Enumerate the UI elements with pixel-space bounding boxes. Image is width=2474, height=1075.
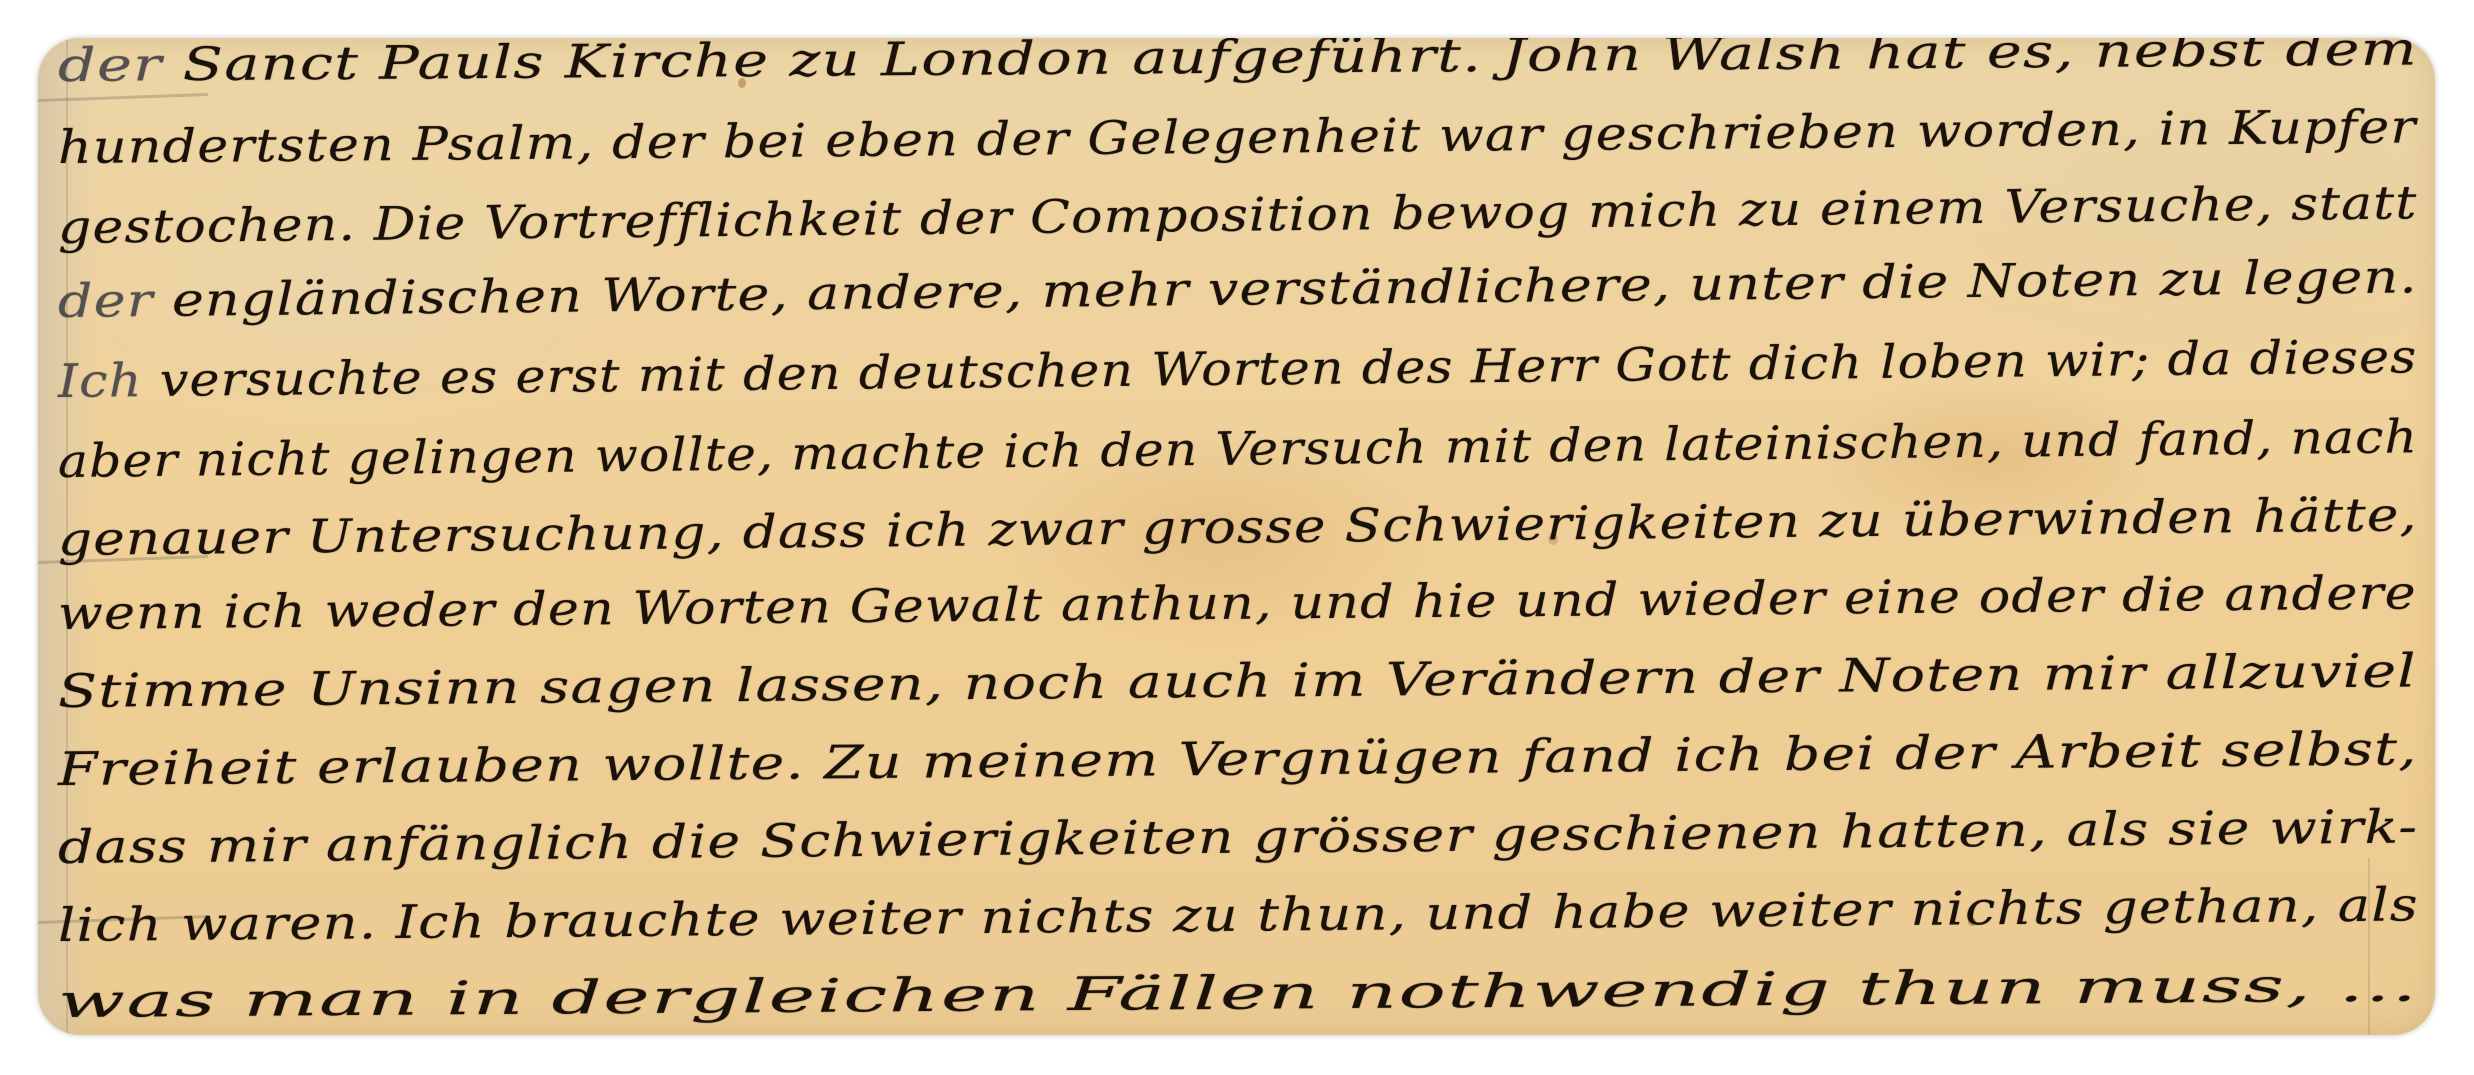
manuscript-line: was man in dergleichen Fällen nothwendig… [58, 958, 2419, 1028]
line-text: wenn ich weder den Worten Gewalt anthun,… [58, 565, 2417, 640]
manuscript-line: hundertsten Psalm, der bei eben der Gele… [58, 99, 2417, 174]
manuscript-page: der Sanct Pauls Kirche zu London aufgefü… [38, 38, 2435, 1035]
line-text: lich waren. Ich brauchte weiter nichts z… [58, 877, 2419, 952]
manuscript-line: genauer Untersuchung, dass ich zwar gros… [58, 487, 2418, 566]
line-text: dass mir anfänglich die Schwierigkeiten … [58, 799, 2419, 874]
manuscript-line: gestochen. Die Vortrefflichkeit der Comp… [58, 175, 2418, 254]
manuscript-line: wenn ich weder den Worten Gewalt anthun,… [58, 565, 2417, 640]
line-text: genauer Untersuchung, dass ich zwar gros… [58, 487, 2418, 566]
line-text: Stimme Unsinn sagen lassen, noch auch im… [58, 643, 2417, 718]
manuscript-line: aber nicht gelingen wollte, machte ich d… [58, 409, 2419, 488]
line-text: was man in dergleichen Fällen nothwendig… [58, 958, 2419, 1028]
margin-fragment: der [58, 273, 154, 328]
manuscript-line: Freiheit erlauben wollte. Zu meinem Verg… [58, 721, 2418, 796]
manuscript-line: dass mir anfänglich die Schwierigkeiten … [58, 799, 2419, 874]
manuscript-line: Stimme Unsinn sagen lassen, noch auch im… [58, 643, 2417, 718]
paper-fold-horizontal [38, 93, 208, 102]
line-text: gestochen. Die Vortrefflichkeit der Comp… [58, 175, 2418, 254]
line-text: Freiheit erlauben wollte. Zu meinem Verg… [58, 721, 2418, 796]
margin-fragment: der [58, 38, 163, 92]
manuscript-line: lich waren. Ich brauchte weiter nichts z… [58, 877, 2419, 952]
margin-fragment: Ich [58, 353, 143, 408]
manuscript-line: Ich versuchte es erst mit den deutschen … [58, 329, 2418, 408]
line-text: hundertsten Psalm, der bei eben der Gele… [58, 99, 2417, 174]
line-text: aber nicht gelingen wollte, machte ich d… [58, 409, 2419, 488]
line-text: Sanct Pauls Kirche zu London aufgeführt.… [182, 38, 2418, 91]
line-text: engländischen Worte, andere, mehr verstä… [172, 249, 2418, 327]
manuscript-line: der engländischen Worte, andere, mehr ve… [58, 249, 2418, 328]
manuscript-line: der Sanct Pauls Kirche zu London aufgefü… [58, 38, 2418, 92]
line-text: versuchte es erst mit den deutschen Wort… [159, 329, 2417, 407]
